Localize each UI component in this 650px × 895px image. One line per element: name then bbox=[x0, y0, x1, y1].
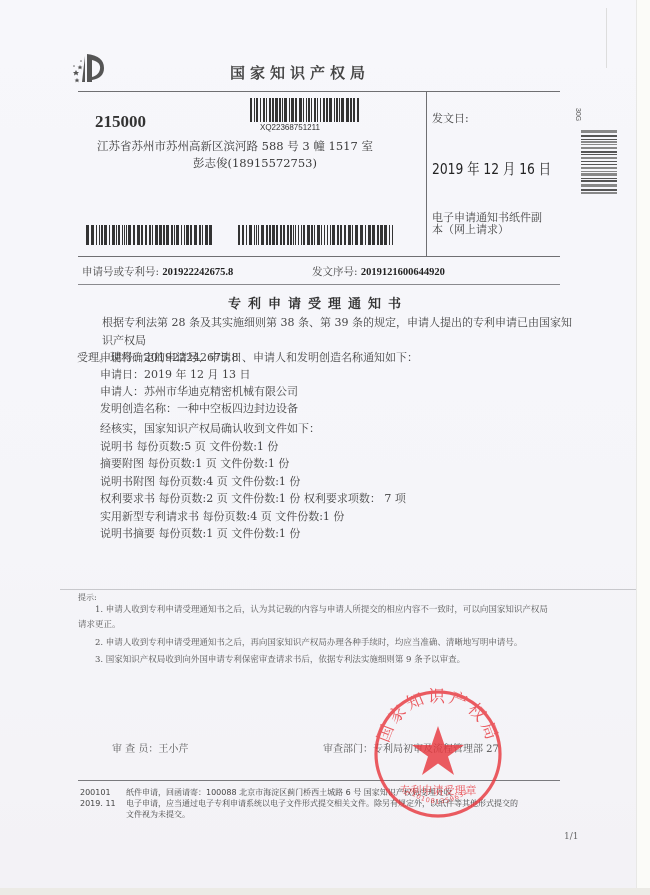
document-item: 说明书 每份页数:5 页 文件份数:1 份 bbox=[100, 438, 406, 456]
postal-code: 215000 bbox=[95, 112, 146, 132]
tracking-barcode bbox=[250, 98, 360, 122]
field-applicant: 申请人：苏州市华迪克精密机械有限公司 bbox=[100, 383, 298, 401]
recipient-name-phone: 彭志俊(18915572753) bbox=[193, 155, 317, 171]
copy-note: 电子申请通知书纸件副本（网上请求） bbox=[432, 212, 552, 236]
field-application-date: 申请日：2019 年 12 月 13 日 bbox=[100, 366, 250, 384]
tips-label: 提示: bbox=[78, 592, 97, 603]
scan-mark bbox=[606, 8, 607, 68]
tip-2: 2. 申请人收到专利申请受理通知书之后，再向国家知识产权局办理各种手续时，均应当… bbox=[95, 636, 522, 651]
sent-date-value: 2019 年 12 月 16 日 bbox=[432, 158, 551, 179]
serial-number: 发文序号: 2019121600644920 bbox=[312, 264, 445, 279]
documents-intro: 经核实，国家知识产权局确认收到文件如下： bbox=[100, 420, 406, 438]
meta-bottom-divider bbox=[78, 284, 560, 285]
application-number-value: 201922242675.8 bbox=[162, 267, 233, 278]
notice-title: 专利申请受理通知书 bbox=[0, 293, 636, 312]
application-number: 申请号或专利号: 201922242675.8 bbox=[82, 264, 233, 279]
document-item: 摘要附图 每份页数:1 页 文件份数:1 份 bbox=[100, 455, 406, 473]
application-number-label: 申请号或专利号: bbox=[82, 266, 159, 278]
tracking-barcode-text: XQ22368751211 bbox=[260, 123, 320, 132]
address-panel-divider bbox=[426, 91, 427, 256]
side-code: 30G bbox=[574, 108, 581, 121]
agency-title: 国家知识产权局 bbox=[230, 62, 370, 83]
examiner: 审 查 员：王小芹 bbox=[112, 740, 188, 755]
meta-top-divider bbox=[78, 256, 560, 257]
recipient-address: 江苏省苏州市苏州高新区滨河路 588 号 3 幢 1517 室 bbox=[97, 138, 373, 154]
page-number: 1/1 bbox=[564, 832, 578, 842]
document-item: 说明书摘要 每份页数:1 页 文件份数:1 份 bbox=[100, 525, 406, 543]
intro-line-1: 根据专利法第 28 条及其实施细则第 38 条、第 39 条的规定，申请人提出的… bbox=[80, 314, 580, 349]
header-divider bbox=[78, 91, 560, 92]
side-barcode bbox=[581, 130, 617, 196]
form-code-date: 2019. 11 bbox=[80, 798, 116, 809]
field-application-number: 申请号：201922242675.8 bbox=[100, 349, 238, 367]
sent-date-label: 发文日: bbox=[432, 110, 469, 126]
document-item: 说明书附图 每份页数:4 页 文件份数:1 份 bbox=[100, 473, 406, 491]
document-item: 权利要求书 每份页数:2 页 文件份数:1 份 权利要求项数： 7 项 bbox=[100, 490, 406, 508]
serial-number-value: 2019121600644920 bbox=[361, 267, 445, 278]
serial-number-label: 发文序号: bbox=[312, 266, 358, 278]
tip-1-line-1: 1. 申请人收到专利申请受理通知书之后，认为其记载的内容与申请人所提交的相应内容… bbox=[95, 603, 548, 618]
page-edge bbox=[636, 0, 650, 895]
tip-1-line-2: 请求更正。 bbox=[78, 618, 121, 633]
barcode-right bbox=[238, 225, 394, 245]
cnipa-logo-icon bbox=[70, 50, 106, 86]
barcode-left bbox=[86, 225, 214, 245]
field-invention-name: 发明创造名称：一种中空板四边封边设备 bbox=[100, 400, 298, 418]
official-seal-icon: 国家知识产权局 专利申请受理章 1101081359632 bbox=[372, 688, 504, 820]
tips-divider bbox=[60, 589, 636, 590]
tip-3: 3. 国家知识产权局收到向外国申请专利保密审查请求书后，依据专利法实施细则第 9… bbox=[95, 653, 465, 668]
page-edge-bottom bbox=[0, 888, 650, 895]
documents-received: 经核实，国家知识产权局确认收到文件如下： 说明书 每份页数:5 页 文件份数:1… bbox=[100, 420, 406, 543]
document-item: 实用新型专利请求书 每份页数:4 页 文件份数:1 份 bbox=[100, 508, 406, 526]
form-code: 200101 2019. 11 bbox=[80, 787, 116, 809]
form-code-number: 200101 bbox=[80, 787, 116, 798]
